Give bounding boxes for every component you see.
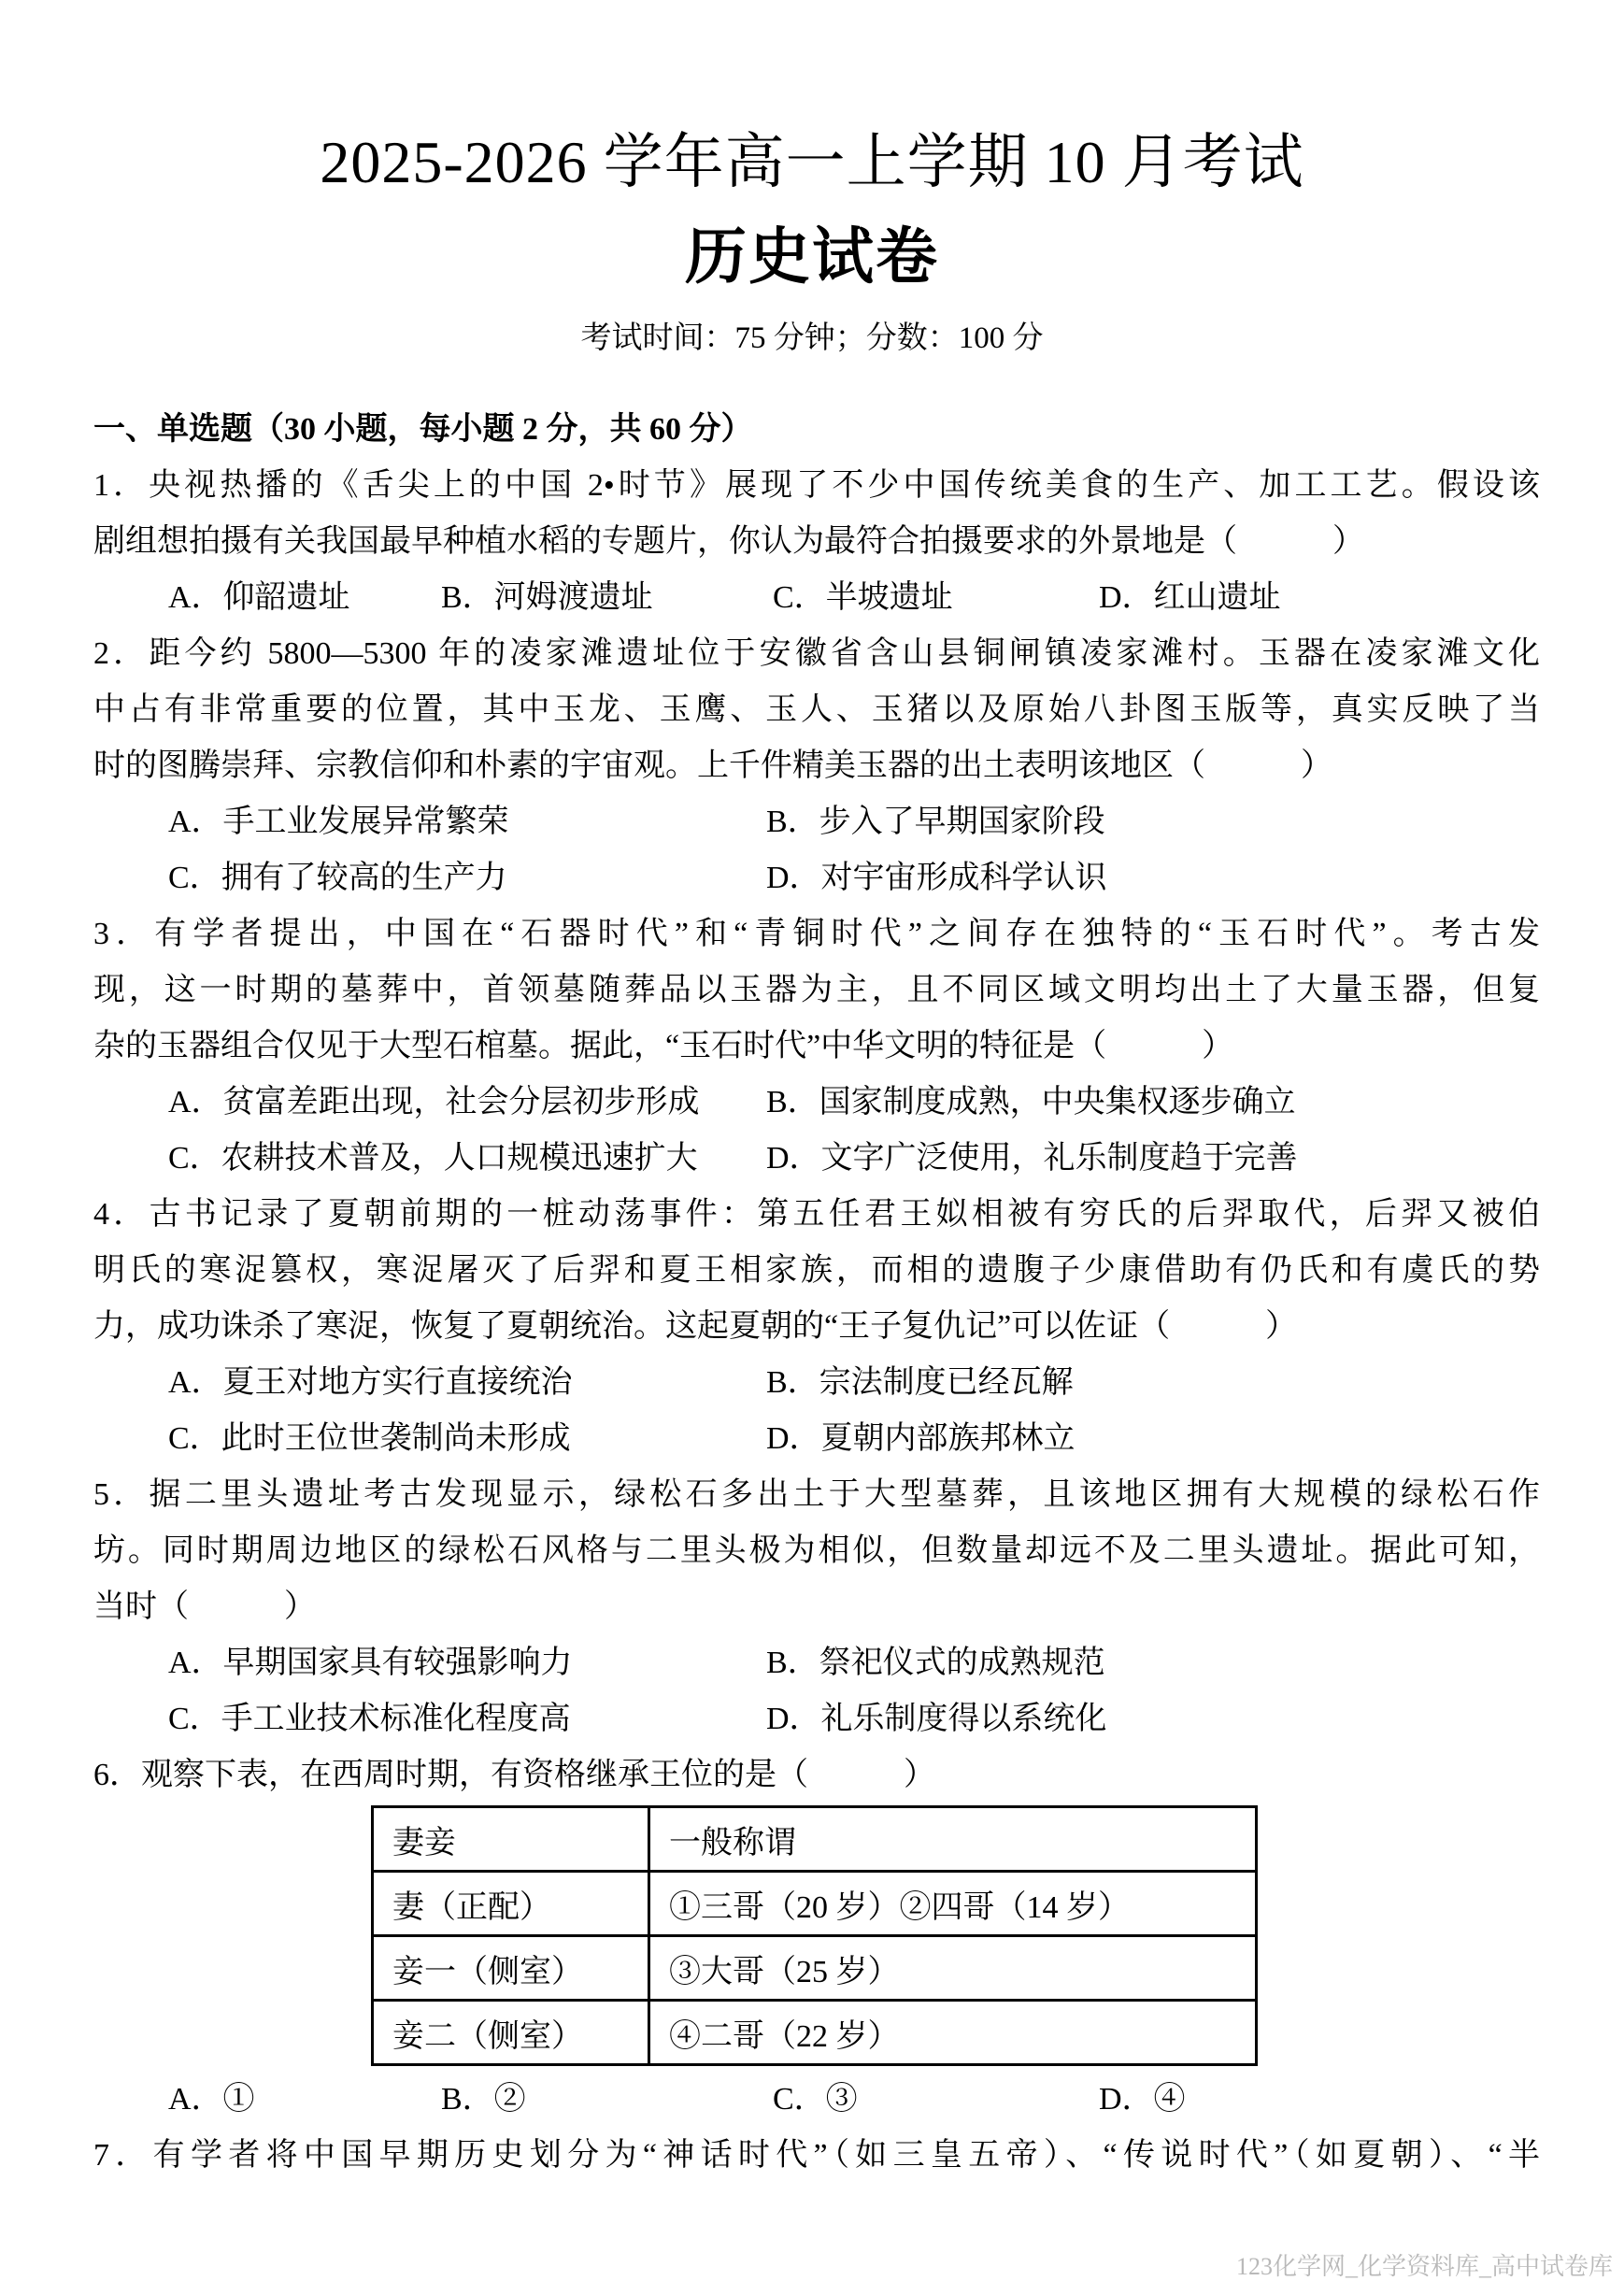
exam-title: 2025-2026 学年高一上学期 10 月考试 [0,120,1624,206]
options-row: A．早期国家具有较强影响力 B．祭祀仪式的成熟规范 [93,1635,1540,1691]
question-line: 中占有非常重要的位置，其中玉龙、玉鹰、玉人、玉猪以及原始八卦图玉版等，真实反映了… [93,682,1540,738]
options-row: A．① B．② C．③ D．④ [93,2072,1540,2128]
option-item: B．国家制度成熟，中央集权逐步确立 [766,1075,1540,1131]
option-item: C．手工业技术标准化程度高 [168,1691,766,1747]
table-row: 妾一（侧室） ③大哥（25 岁） [373,1936,1257,2001]
question-line: 2．距今约 5800—5300 年的凌家滩遗址位于安徽省含山县铜闸镇凌家滩村。玉… [93,626,1540,682]
option-item: C．半坡遗址 [773,570,1099,626]
table-header-cell: 妻妾 [373,1807,649,1872]
watermark: 123化学网_化学资料库_高中试卷库 [1236,2247,1613,2282]
table-row: 妾二（侧室） ④二哥（22 岁） [373,2001,1257,2065]
succession-table: 妻妾 一般称谓 妻（正配） ①三哥（20 岁）②四哥（14 岁） 妾一（侧室） … [371,1805,1258,2066]
option-item: D．对宇宙形成科学认识 [766,850,1540,906]
question-line: 时的图腾崇拜、宗教信仰和朴素的宇宙观。上千件精美玉器的出土表明该地区（ ） [93,738,1540,794]
option-item: A．仰韶遗址 [168,570,441,626]
options-row: A．手工业发展异常繁荣 B．步入了早期国家阶段 [93,794,1540,850]
options-row: A．仰韶遗址 B．河姆渡遗址 C．半坡遗址 D．红山遗址 [93,570,1540,626]
option-item: B．宗法制度已经瓦解 [766,1355,1540,1411]
table-cell: 妾一（侧室） [373,1936,649,2001]
question-3: 3．有学者提出，中国在“石器时代”和“青铜时代”之间存在独特的“玉石时代”。考古… [93,906,1540,1187]
table-cell: 妻（正配） [373,1872,649,1936]
question-line: 明氏的寒浞篡权，寒浞屠灭了后羿和夏王相家族，而相的遗腹子少康借助有仍氏和有虞氏的… [93,1243,1540,1299]
question-6: 6．观察下表，在西周时期，有资格继承王位的是（ ） 妻妾 一般称谓 妻（正配） … [93,1747,1540,2128]
table-header-row: 妻妾 一般称谓 [373,1807,1257,1872]
options-row: C．拥有了较高的生产力 D．对宇宙形成科学认识 [93,850,1540,906]
option-item: C．拥有了较高的生产力 [168,850,766,906]
question-2: 2．距今约 5800—5300 年的凌家滩遗址位于安徽省含山县铜闸镇凌家滩村。玉… [93,626,1540,906]
options-row: A．夏王对地方实行直接统治 B．宗法制度已经瓦解 [93,1355,1540,1411]
question-line: 当时（ ） [93,1579,1540,1635]
option-item: C．③ [773,2072,1099,2128]
exam-subtitle: 历史试卷 [0,213,1624,299]
question-line: 剧组想拍摄有关我国最早种植水稻的专题片，你认为最符合拍摄要求的外景地是（ ） [93,514,1540,570]
question-line: 杂的玉器组合仅见于大型石棺墓。据此，“玉石时代”中华文明的特征是（ ） [93,1019,1540,1075]
option-item: B．步入了早期国家阶段 [766,794,1540,850]
section-heading: 一、单选题（30 小题，每小题 2 分，共 60 分） [93,402,1540,458]
question-5: 5．据二里头遗址考古发现显示，绿松石多出土于大型墓葬，且该地区拥有大规模的绿松石… [93,1467,1540,1747]
question-line: 4．古书记录了夏朝前期的一桩动荡事件：第五任君王姒相被有穷氏的后羿取代，后羿又被… [93,1187,1540,1243]
question-1: 1．央视热播的《舌尖上的中国 2•时节》展现了不少中国传统美食的生产、加工工艺。… [93,458,1540,626]
option-item: B．祭祀仪式的成熟规范 [766,1635,1540,1691]
question-line: 3．有学者提出，中国在“石器时代”和“青铜时代”之间存在独特的“玉石时代”。考古… [93,906,1540,962]
option-item: D．红山遗址 [1099,570,1540,626]
question-line: 7．有学者将中国早期历史划分为“神话时代”（如三皇五帝）、“传说时代”（如夏朝）… [93,2128,1540,2184]
option-item: D．夏朝内部族邦林立 [766,1411,1540,1467]
option-item: C．农耕技术普及，人口规模迅速扩大 [168,1131,766,1187]
question-line: 1．央视热播的《舌尖上的中国 2•时节》展现了不少中国传统美食的生产、加工工艺。… [93,458,1540,514]
table-cell: ④二哥（22 岁） [649,2001,1257,2065]
option-item: C．此时王位世袭制尚未形成 [168,1411,766,1467]
table-cell: ③大哥（25 岁） [649,1936,1257,2001]
question-line: 5．据二里头遗址考古发现显示，绿松石多出土于大型墓葬，且该地区拥有大规模的绿松石… [93,1467,1540,1523]
options-row: C．手工业技术标准化程度高 D．礼乐制度得以系统化 [93,1691,1540,1747]
question-line: 坊。同时期周边地区的绿松石风格与二里头极为相似，但数量却远不及二里头遗址。据此可… [93,1523,1540,1579]
option-item: B．河姆渡遗址 [441,570,773,626]
table-cell: 妾二（侧室） [373,2001,649,2065]
question-line: 现，这一时期的墓葬中，首领墓随葬品以玉器为主，且不同区域文明均出土了大量玉器，但… [93,962,1540,1019]
option-item: A．贫富差距出现，社会分层初步形成 [168,1075,766,1131]
question-line: 力，成功诛杀了寒浞，恢复了夏朝统治。这起夏朝的“王子复仇记”可以佐证（ ） [93,1299,1540,1355]
table-header-cell: 一般称谓 [649,1807,1257,1872]
question-line: 6．观察下表，在西周时期，有资格继承王位的是（ ） [93,1747,1540,1803]
question-7: 7．有学者将中国早期历史划分为“神话时代”（如三皇五帝）、“传说时代”（如夏朝）… [93,2128,1540,2184]
table-cell: ①三哥（20 岁）②四哥（14 岁） [649,1872,1257,1936]
exam-paper-page: 2025-2026 学年高一上学期 10 月考试 历史试卷 考试时间：75 分钟… [0,0,1624,2295]
option-item: D．文字广泛使用，礼乐制度趋于完善 [766,1131,1540,1187]
option-item: D．④ [1099,2072,1540,2128]
option-item: A．① [168,2072,441,2128]
option-item: D．礼乐制度得以系统化 [766,1691,1540,1747]
options-row: A．贫富差距出现，社会分层初步形成 B．国家制度成熟，中央集权逐步确立 [93,1075,1540,1131]
options-row: C．此时王位世袭制尚未形成 D．夏朝内部族邦林立 [93,1411,1540,1467]
option-item: A．早期国家具有较强影响力 [168,1635,766,1691]
option-item: A．手工业发展异常繁荣 [168,794,766,850]
table-row: 妻（正配） ①三哥（20 岁）②四哥（14 岁） [373,1872,1257,1936]
exam-body: 一、单选题（30 小题，每小题 2 分，共 60 分） 1．央视热播的《舌尖上的… [0,402,1624,2184]
question-4: 4．古书记录了夏朝前期的一桩动荡事件：第五任君王姒相被有穷氏的后羿取代，后羿又被… [93,1187,1540,1467]
options-row: C．农耕技术普及，人口规模迅速扩大 D．文字广泛使用，礼乐制度趋于完善 [93,1131,1540,1187]
option-item: A．夏王对地方实行直接统治 [168,1355,766,1411]
option-item: B．② [441,2072,773,2128]
exam-info: 考试时间：75 分钟；分数：100 分 [0,316,1624,361]
